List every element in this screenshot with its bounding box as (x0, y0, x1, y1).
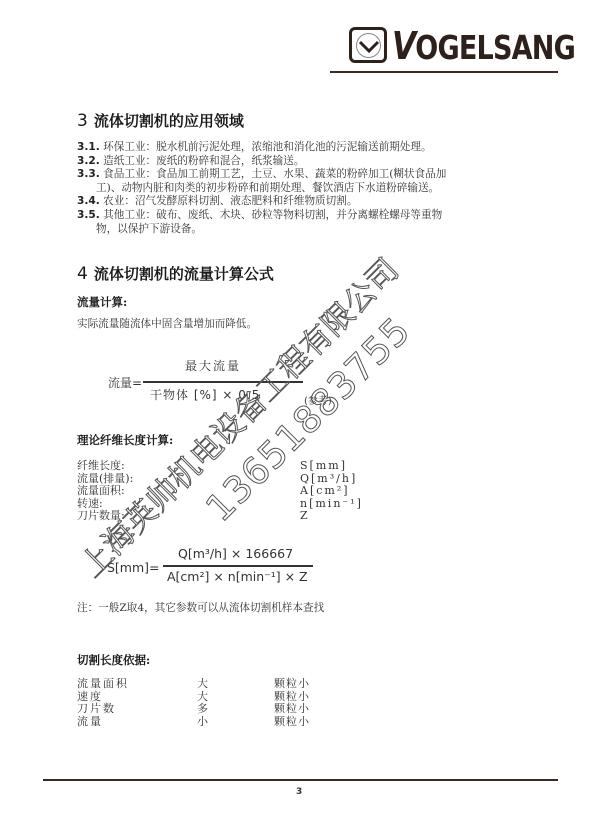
section-number: 4 (77, 264, 88, 284)
page-number: 3 (296, 787, 302, 797)
section-title: 流体切割机的流量计算公式 (94, 265, 274, 283)
factor-cell: 刀片数 (77, 703, 197, 716)
list-item-continuation: 物，以保护下游设备。 (77, 223, 446, 237)
list-item: 3.3. 食品工业：食品加工前期工艺，土豆、水果、蔬菜的粉碎加工(糊状食品加 (77, 168, 446, 182)
level-cell: 多 (197, 703, 274, 716)
result-cell: 颗粒小 (274, 678, 310, 691)
fiber-calc-heading: 理论纤维长度计算: (77, 432, 173, 448)
flow-formula-lhs: 流量= (108, 374, 142, 391)
list-item: 3.2. 造纸工业：废纸的粉碎和混合，纸浆输送。 (77, 155, 446, 169)
item-text: 农业：沼气发酵原料切割、液态肥料和纤维物质切割。 (103, 195, 357, 207)
item-text: 造纸工业：废纸的粉碎和混合，纸浆输送。 (103, 155, 304, 167)
item-text: 食品工业：食品加工前期工艺，土豆、水果、蔬菜的粉碎加工(糊状食品加 (103, 168, 446, 180)
fiber-formula-denominator: A[cm²] × n[min⁻¹] × Z (167, 569, 308, 584)
table-row: 流量 小 颗粒小 (77, 716, 310, 729)
result-cell: 颗粒小 (274, 716, 310, 729)
brand-first-letter: V (392, 24, 415, 68)
cut-length-heading: 切割长度依据: (77, 652, 150, 668)
variable-symbol: S[mm] (300, 460, 363, 473)
level-cell: 大 (197, 678, 274, 691)
item-number: 3.1. (77, 141, 100, 153)
chevron-down-icon (358, 39, 380, 53)
table-row: 流量面积 大 颗粒小 (77, 678, 310, 691)
item-text: 环保工业：脱水机前污泥处理，浓缩池和消化池的污泥输送前期处理。 (103, 141, 431, 153)
application-list: 3.1. 环保工业：脱水机前污泥处理，浓缩池和消化池的污泥输送前期处理。 3.2… (77, 141, 446, 236)
list-item-continuation: 工)、动物内脏和肉类的初步粉碎和前期处理、餐饮酒店下水道粉碎输送。 (77, 182, 446, 196)
variable-symbol: Z (300, 510, 363, 523)
vogelsang-logo-icon (349, 27, 387, 63)
item-text: 其他工业：破布、废纸、木块、砂粒等物料切割，并分离螺栓螺母等重物 (103, 209, 442, 221)
list-item: 3.1. 环保工业：脱水机前污泥处理，浓缩池和消化池的污泥输送前期处理。 (77, 141, 446, 155)
footer-divider (43, 779, 558, 781)
variable-symbol: A[cm²] (300, 485, 363, 498)
item-number: 3.2. (77, 155, 100, 167)
level-cell: 大 (197, 691, 274, 704)
variable-label: 纤维长度: (77, 460, 133, 473)
level-cell: 小 (197, 716, 274, 729)
header-divider (330, 71, 558, 73)
item-number: 3.5. (77, 209, 100, 221)
item-number: 3.4. (77, 195, 100, 207)
list-item: 3.5. 其他工业：破布、废纸、木块、砂粒等物料切割，并分离螺栓螺母等重物 (77, 209, 446, 223)
fiber-calc-note: 注：一般Z取4，其它参数可以从流体切割机样本查找 (77, 602, 324, 616)
section-number: 3 (77, 111, 88, 131)
flow-calc-note: 实际流量随流体中固含量增加而降低。 (77, 318, 257, 332)
table-row: 刀片数 多 颗粒小 (77, 703, 310, 716)
factor-cell: 流量面积 (77, 678, 197, 691)
list-item: 3.4. 农业：沼气发酵原料切割、液态肥料和纤维物质切割。 (77, 195, 446, 209)
fiber-formula-numerator: Q[m³/h] × 166667 (178, 546, 293, 561)
section-title: 流体切割机的应用领域 (94, 112, 244, 130)
section-4-heading: 4流体切割机的流量计算公式 (77, 263, 274, 284)
item-number: 3.3. (77, 168, 100, 180)
brand-rest: OGELSANG (415, 28, 575, 67)
result-cell: 颗粒小 (274, 703, 310, 716)
flow-formula-numerator: 最大流量 (185, 357, 241, 374)
section-3-heading: 3流体切割机的应用领域 (77, 110, 244, 131)
fiber-formula-fraction-bar (163, 565, 313, 567)
flow-calc-heading: 流量计算: (77, 294, 127, 310)
factor-cell: 流量 (77, 716, 197, 729)
fiber-variable-symbols: S[mm] Q[m³/h] A[cm²] n[min⁻¹] Z (300, 460, 363, 523)
brand-logo-text: VOGELSANG (392, 24, 575, 68)
cut-length-table: 流量面积 大 颗粒小 速度 大 颗粒小 刀片数 多 颗粒小 流量 小 颗粒小 (77, 678, 310, 728)
